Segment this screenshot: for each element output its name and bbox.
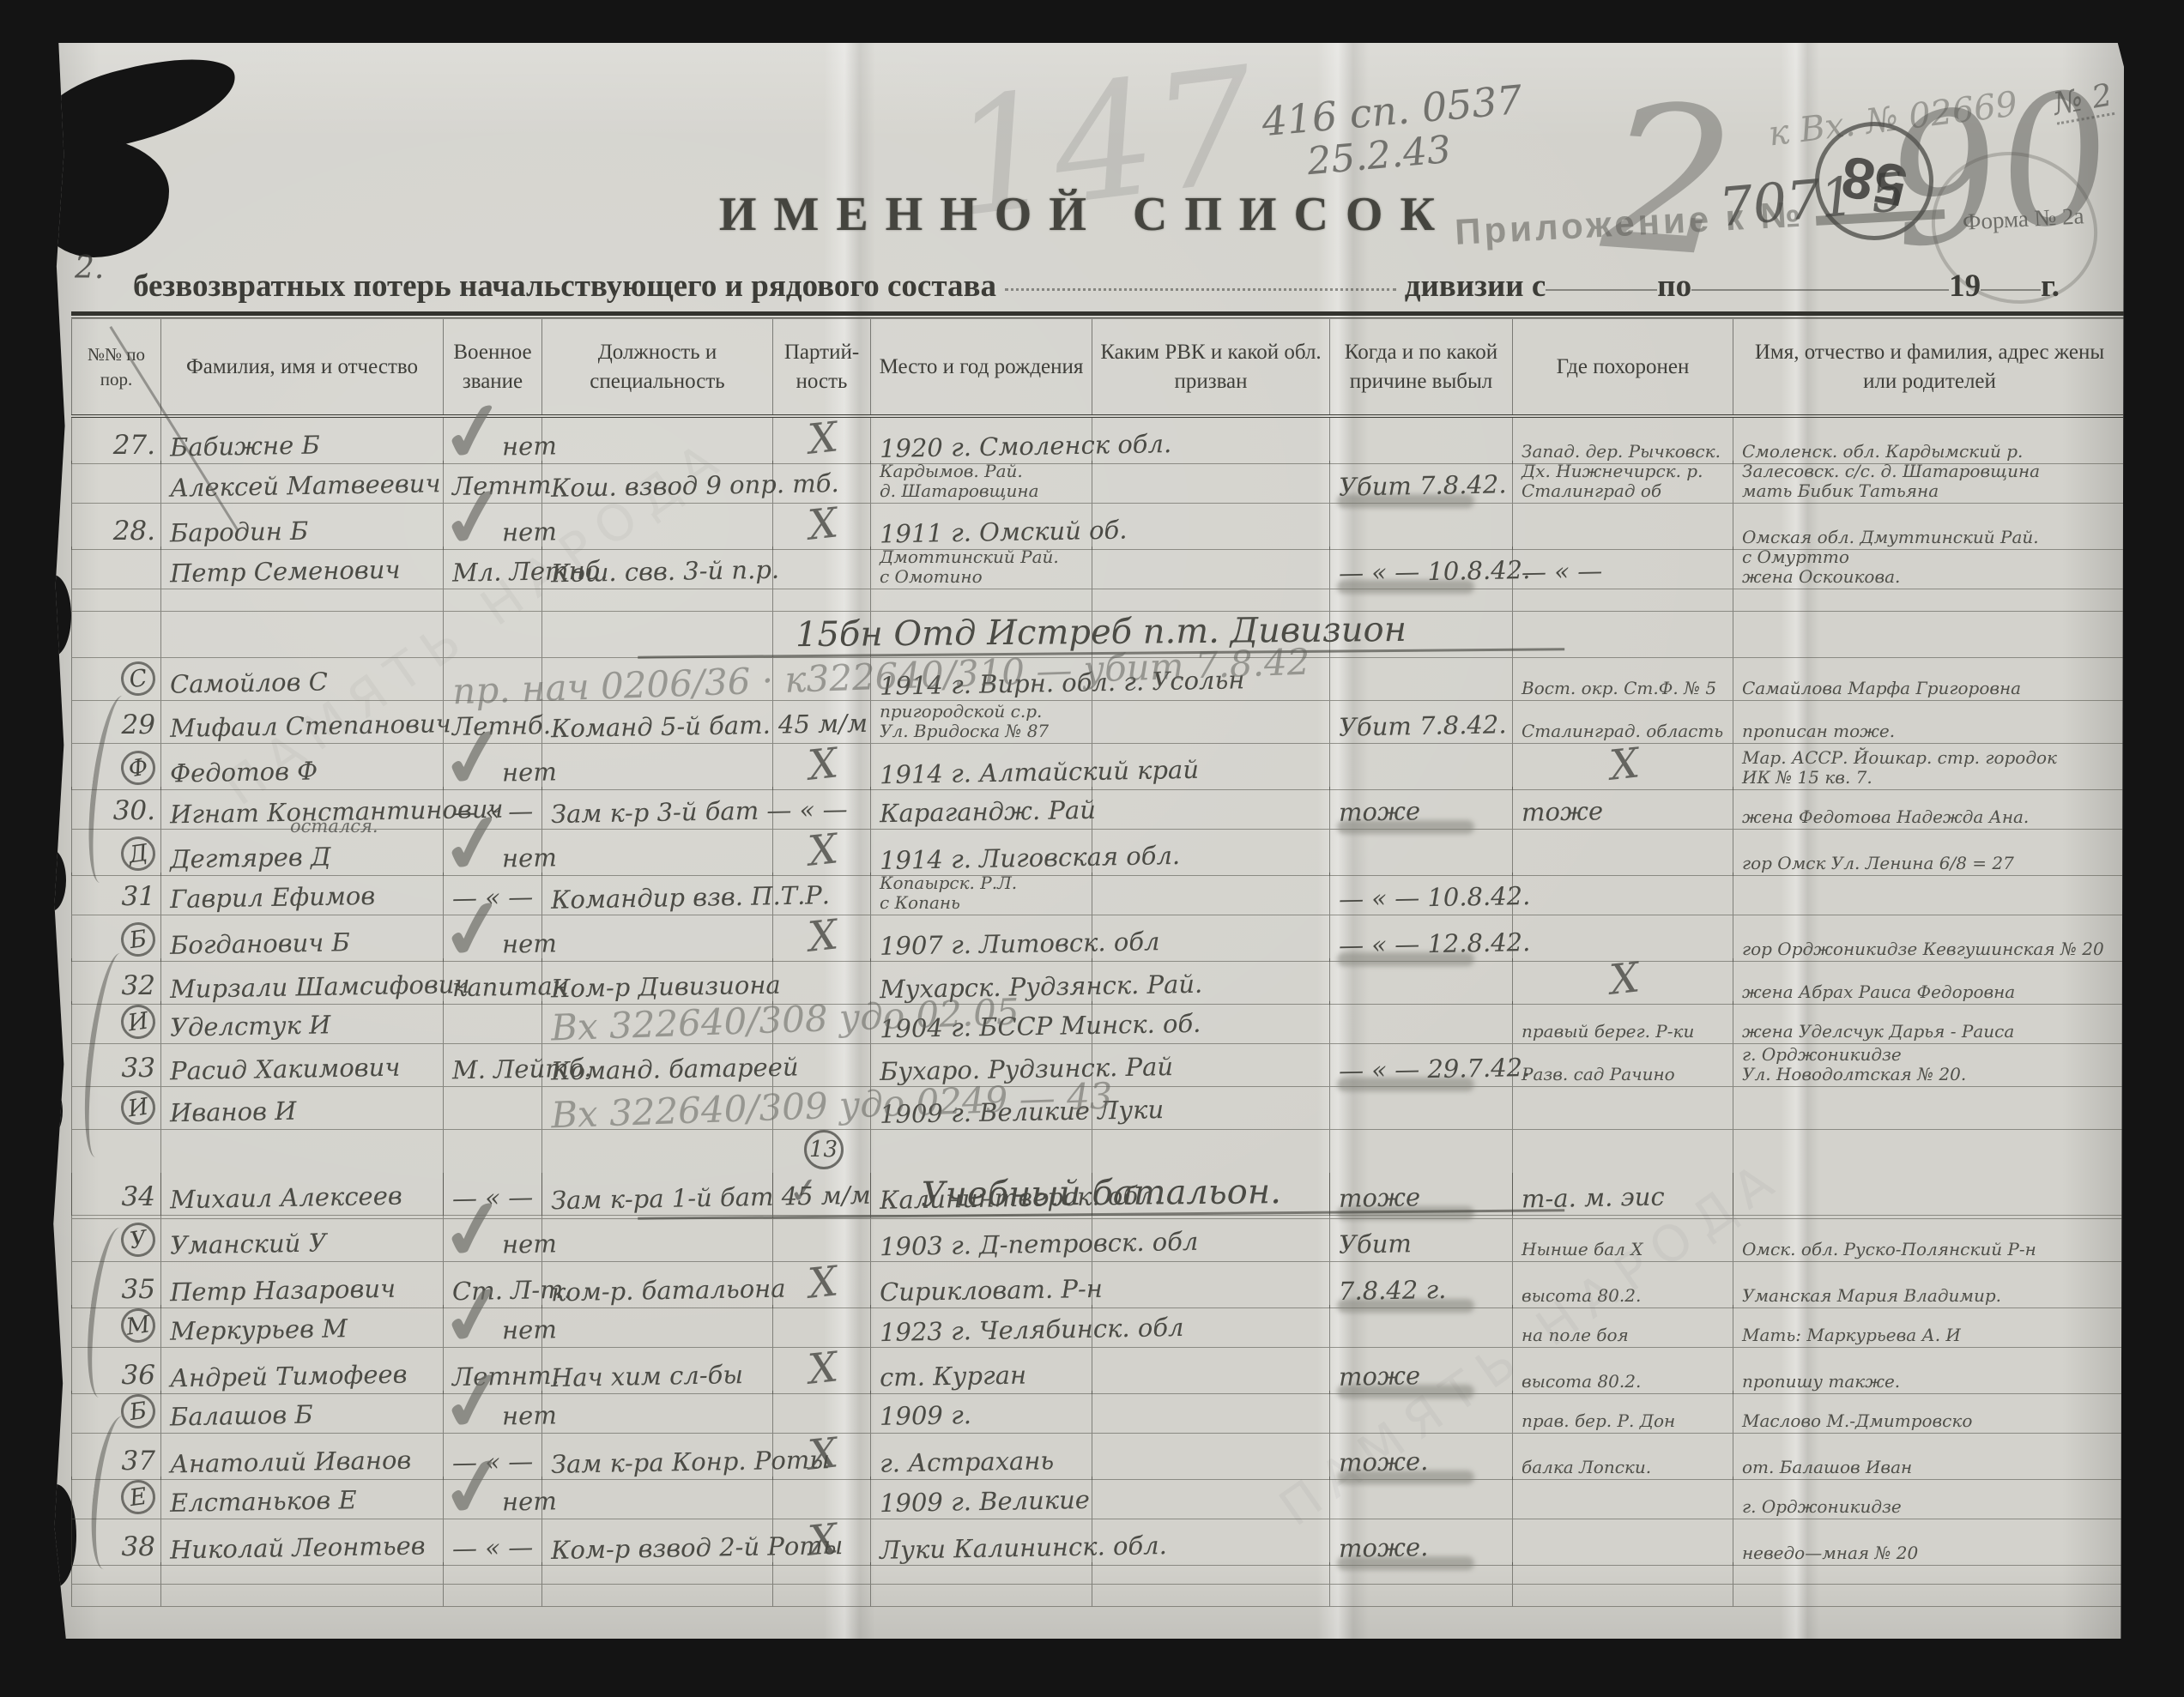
handwritten-text: Маслово М.-Дмитровско [1742,1411,1972,1430]
table-cell: ✓нет [444,830,542,876]
handwritten-text: Разв. сад Рачино [1522,1065,1675,1084]
x-mark: Х [807,1346,840,1390]
table-cell: Омск. обл. Руско-Полянский Р-н [1733,1219,2127,1262]
table-cell [444,1562,542,1585]
table-row: ММеркурьев М✓нет1923 г. Челябинск. облна… [71,1305,2127,1348]
table-cell [1330,744,1513,790]
table-cell: Балашов Б [161,1391,444,1434]
handwritten-text: Балашов Б [170,1400,313,1432]
table-cell [1330,830,1513,876]
heavy-rule [71,311,2128,318]
table-cell: ✓нет [444,1477,542,1519]
table-cell: 1909 г. Великие [871,1477,1092,1519]
table-cell: неведо—мная № 20 [1733,1519,2127,1566]
handwritten-text: Уманский У [170,1228,327,1259]
table-cell: Алексей Матвеевич [161,461,444,504]
blank-row [71,589,2127,612]
handwritten-text: 1911 г. Омский об. [880,515,1128,548]
handwritten-text: 1920 г. Смоленск обл. [880,429,1172,463]
handwritten-text: 7.8.42 г. [1339,1275,1447,1306]
column-header: Партий- ность [773,319,871,414]
table-row: 34Михаил Алексеев— « —Зам к-ра 1-й бат 4… [71,1130,2127,1173]
handwritten-text: ст. Курган [880,1361,1027,1392]
row-number: 27. [113,430,155,461]
table-cell [1330,418,1513,464]
handwritten-text: Богданович Б [170,927,350,960]
blank-row [71,1562,2127,1585]
table-cell: 1920 г. Смоленск обл. [871,418,1092,464]
handwritten-text: на поле боя [1522,1326,1629,1344]
table-cell: — « — 10.8.42. [1330,547,1513,589]
handwritten-text: Мать: Маркурьева А. И [1742,1326,1961,1344]
year-suffix: г. [2041,268,2060,305]
table-cell: Кош. взвод 9 опр. тб. [542,461,773,504]
handwritten-text: Уделстук И [170,1010,331,1042]
po-word: по [1657,268,1691,305]
table-cell: — « — 10.8.42. [1330,873,1513,915]
handwritten-text: Самойлов С [170,667,328,698]
table-cell [542,418,773,464]
handwritten-text: гор Орджоникидзе Кевгушинская № 20 [1742,939,2104,958]
table-cell: Маслово М.-Дмитровско [1733,1391,2127,1434]
handwritten-text: Меркурьев М [170,1314,348,1346]
handwritten-text: с Омуртто [1742,547,1849,566]
table-cell [542,1305,773,1348]
table-cell [1092,589,1330,612]
x-mark: Х [807,914,840,957]
x-mark: Х [807,828,840,872]
table-cell [1092,547,1330,589]
table-cell: гор Омск Ул. Ленина 6/8 = 27 [1733,830,2127,876]
handwritten-text: Карагандж. Рай [880,795,1096,828]
table-cell [71,461,161,504]
table-cell: Мать: Маркурьева А. И [1733,1305,2127,1348]
table-cell: ст. Курган [871,1348,1092,1394]
table-cell: Зам к-р 3-й бат — « — [542,787,773,830]
handwritten-text: тоже [1339,796,1421,827]
table-cell: Омская обл. Дмуттинский Рай. [1733,504,2127,550]
table-cell [1330,1087,1513,1130]
handwritten-text: Михаил Алексеев [170,1181,402,1215]
table-cell [542,1477,773,1519]
table-cell: Бабижне Б [161,418,444,464]
handwritten-text: Мар. АССР. Йошкар. стр. городок [1742,748,2057,767]
table-cell [542,1585,773,1607]
handwritten-text: 1909 г. Великие [880,1485,1090,1518]
handwritten-text: Ком-р взвод 2-й Роты [551,1531,844,1565]
column-header: Имя, отчество и фамилия, адрес жены или … [1733,319,2127,414]
handwritten-text: от. Балашов Иван [1742,1458,1912,1477]
handwritten-text: Кардымов. Рай. [880,462,1023,480]
table-cell: Запад. дер. Рычковск. [1513,418,1733,464]
handwritten-text: — « — 29.7.42. [1339,1053,1531,1085]
table-row: 36Андрей ТимофеевЛетнт.Нач хим сл-быХст.… [71,1348,2127,1391]
table-cell [1092,1391,1330,1434]
table-cell: Ком-р взвод 2-й Роты [542,1519,773,1566]
table-cell: Федотов Ф [161,744,444,790]
table-cell: Луки Калининск. обл. [871,1519,1092,1566]
table-row: Алексей МатвеевичЛетнтКош. взвод 9 опр. … [71,461,2127,504]
checkmark-icon: ✓ [435,719,512,800]
table-cell: Уманский У [161,1219,444,1262]
handwritten-text: Николай Леонтьев [170,1531,426,1564]
handwritten-text: Омская обл. Дмуттинский Рай. [1742,528,2039,547]
handwritten-text: Нач хим сл-бы [551,1360,744,1392]
table-row: ББогданович Б✓нетХ1907 г. Литовск. обл— … [71,915,2127,958]
table-cell: Николай Леонтьев [161,1519,444,1566]
handwritten-text: Федотов Ф [170,756,318,788]
year-prefix: 19 [1949,268,1981,305]
table-cell: ✓нет [444,1305,542,1348]
table-row: 32Мирзали ШамсифовичкапитанКом-р Дивизио… [71,958,2127,1001]
handwritten-text: — « — 12.8.42. [1339,927,1531,960]
table-cell: Андрей Тимофеев [161,1348,444,1394]
handwritten-text: Смоленск. обл. Кардымский р. [1742,442,2023,461]
handwritten-text: Ул. Новодолтская № 20. [1742,1065,1966,1084]
subtitle-row: безвозвратных потерь начальствующего и р… [133,268,2060,305]
handwritten-text: Омск. обл. Руско-Полянский Р-н [1742,1240,2036,1259]
row-number: 28. [113,516,155,547]
table-cell: Вост. окр. Ст.Ф. № 5 [1513,658,1733,701]
checkmark-icon: ✓ [435,1448,512,1530]
table-cell [1092,873,1330,915]
table-cell: М. Лейтб. [444,1044,542,1087]
table-cell [1733,1562,2127,1585]
table-cell: Х [773,418,871,464]
table-cell [1092,1262,1330,1308]
table-cell: ✓нет [444,744,542,790]
handwritten-text: жена Абрах Раиса Федоровна [1742,982,2015,1001]
table-cell: ✓нет [444,418,542,464]
table-cell: Бародин Б [161,504,444,550]
table-cell: Игнат Константинович [161,787,444,830]
table-cell: С [71,658,161,701]
table-cell: тоже [1513,787,1733,830]
table-cell [1330,504,1513,550]
handwritten-text: Убит [1339,1229,1412,1259]
table-row: 28.Бародин Б✓нетХ1911 г. Омский об.Омска… [71,504,2127,547]
table-row: ЕЕлстаньков Е✓нет1909 г. Великиег. Орджо… [71,1477,2127,1519]
table-row: 31Гаврил Ефимов— « —Командир взв. П.Т.Р.… [71,873,2127,915]
table-cell: — « — 29.7.42. [1330,1044,1513,1087]
handwritten-text: Елстаньков Е [170,1485,357,1518]
handwritten-text: Уманская Мария Владимир. [1742,1286,2001,1305]
page-title: ИМЕННОЙ СПИСОК [47,187,2124,242]
handwritten-text: Сирикловат. Р-н [880,1274,1103,1307]
handwritten-text: пригородской с.р. [880,702,1042,721]
table-cell [161,612,444,658]
handwritten-text: тоже. [1339,1532,1429,1563]
table-cell: г. ОрджоникидзеУл. Новодолтская № 20. [1733,1044,2127,1087]
table-cell: Убит [1330,1219,1513,1262]
table-cell [1092,1434,1330,1480]
table-cell: Сирикловат. Р-н [871,1262,1092,1308]
blank-row [71,1585,2127,1607]
handwritten-text: Нынше бал Х [1522,1240,1643,1259]
handwritten-text: Зам к-р 3-й бат — « — [551,794,848,829]
table-cell: правый берег. Р-ки [1513,1001,1733,1044]
handwritten-text: Кош. свв. 3-й п.р. [551,555,780,589]
table-cell: Копаырск. Р.Л.с Копань [871,873,1092,915]
table-cell [1092,1477,1330,1519]
table-cell: Петр Семенович [161,547,444,589]
handwritten-text: Ком-р Дивизиона [551,970,781,1004]
x-mark: Х [807,416,840,460]
table-cell: Убит 7.8.42. [1330,461,1513,504]
table-cell: 1914 г. Алтайский край [871,744,1092,790]
table-cell: Гаврил Ефимов [161,873,444,915]
table-cell [542,1219,773,1262]
table-row: 30.Игнат Константинович— « —Зам к-р 3-й … [71,787,2127,830]
table-cell: Дмоттинский Рай.с Омотино [871,547,1092,589]
table-cell: Командир взв. П.Т.Р. [542,873,773,915]
handwritten-text: Командир взв. П.Т.Р. [551,880,831,915]
handwritten-text: Иванов И [170,1096,297,1128]
table-cell [1513,873,1733,915]
table-cell [1513,1562,1733,1585]
table-cell [542,830,773,876]
table-row: ИУделстук И1904 г. БССР Минск. об.правый… [71,1001,2127,1044]
table-cell: Команд. батареей [542,1044,773,1087]
table-cell: Кош. свв. 3-й п.р. [542,547,773,589]
table-cell: Петр Назарович [161,1262,444,1308]
blank-line [1981,289,2041,291]
table-cell: пригородской с.р.Ул. Вридоска № 87 [871,701,1092,744]
table-cell [1513,1087,1733,1130]
table-cell: жена Абрах Раиса Федоровна [1733,958,2127,1005]
handwritten-text: Сталинград об [1522,481,1661,500]
table-cell: Мар. АССР. Йошкар. стр. городокИК № 15 к… [1733,744,2127,790]
handwritten-text: высота 80.2. [1522,1286,1641,1305]
table-row: ССамойлов С1914 г. Вирн. обл. г. УсольнВ… [71,658,2127,701]
x-mark: Х [1607,742,1641,786]
handwritten-text: 1923 г. Челябинск. обл [880,1313,1184,1347]
handwritten-text: 1914 г. Алтайский край [880,755,1200,789]
blank-line [1691,289,1949,291]
checkmark-icon: ✓ [435,393,512,474]
blank-line [1546,289,1657,291]
table-cell [773,589,871,612]
table-cell: тоже. [1330,1434,1513,1480]
handwritten-text: высота 80.2. [1522,1372,1641,1391]
handwritten-text: Гаврил Ефимов [170,881,376,914]
table-cell [1330,1001,1513,1044]
table-cell [1733,589,2127,612]
table-cell [444,1087,542,1130]
handwritten-text: Убит 7.8.42. [1339,469,1507,501]
row-letter-badge: И [118,1088,157,1126]
torn-edge [35,575,71,656]
handwritten-text: Вост. окр. Ст.Ф. № 5 [1522,679,1716,698]
table-cell: тоже [1330,1348,1513,1394]
handwritten-text: Мифаил Степанович [170,709,451,743]
handwritten-text: — « — 10.8.42. [1339,881,1531,914]
table-cell: жена Федотова Надежда Ана. [1733,787,2127,830]
table-cell [1330,658,1513,701]
handwritten-text: неведо—мная № 20 [1742,1543,1918,1562]
table-cell: Мифаил Степанович [161,701,444,744]
handwritten-text: Копаырск. Р.Л. [880,873,1017,892]
column-header: Фамилия, имя и отчество [161,319,444,414]
table-row: ББалашов Б✓нет1909 г.прав. бер. Р. ДонМа… [71,1391,2127,1434]
handwritten-text: пропишу также. [1742,1372,1900,1391]
handwritten-text: прописан тоже. [1742,722,1895,740]
big-pencil-scrawl: 90 [1873,52,2127,289]
table-cell: г. Орджоникидзе [1733,1477,2127,1519]
losses-table: №№ по пор. Фамилия, имя и отчество Военн… [71,318,2127,1607]
row-letter-badge: С [118,659,157,698]
table-cell [1092,1562,1330,1585]
table-cell: тоже [1330,787,1513,830]
table-cell: Х [773,915,871,962]
table-cell [1092,701,1330,744]
handwritten-text: 1909 г. [880,1400,971,1431]
table-cell [773,1585,871,1607]
table-cell [773,1305,871,1348]
table-cell: Дх. Нижнечирск. р.Сталинград об [1513,461,1733,504]
table-cell: 1914 г. Лиговская обл. [871,830,1092,876]
handwritten-text: Команд 5-й бат. 45 м/м [551,709,868,743]
table-cell [1330,1585,1513,1607]
table-cell: Уманская Мария Владимир. [1733,1262,2127,1308]
table-cell: Елстаньков Е [161,1477,444,1519]
x-mark: Х [807,1260,840,1304]
table-cell [871,1562,1092,1585]
table-row: Достался.Дегтярев Д✓нетХ1914 г. Лиговска… [71,830,2127,873]
handwritten-text: жена Уделсчук Дарья - Раиса [1742,1022,2014,1041]
margin-page-note: 2. [75,251,104,286]
table-cell [1513,1519,1733,1566]
table-cell: Карагандж. Рай [871,787,1092,830]
handwritten-text: мать Бибик Татьяна [1742,481,1939,500]
table-cell [1733,1087,2127,1130]
handwritten-text: Дмоттинский Рай. [880,547,1059,566]
table-cell: 1911 г. Омский об. [871,504,1092,550]
table-cell [773,1391,871,1434]
table-cell: прав. бер. Р. Дон [1513,1391,1733,1434]
checkmark-icon: ✓ [435,479,512,560]
table-cell: г. Астрахань [871,1434,1092,1480]
handwritten-text: Залесовск. с/с. д. Шатаровщина [1742,462,2040,480]
handwritten-text: Кош. взвод 9 опр. тб. [551,468,839,503]
handwritten-text: — « — [1522,556,1603,587]
table-cell: Х [773,744,871,790]
table-cell [871,589,1092,612]
table-cell: высота 80.2. [1513,1262,1733,1308]
table-cell: остался.Дегтярев Д [161,830,444,876]
table-cell [161,589,444,612]
table-cell [1513,504,1733,550]
handwritten-text: жена Оскоикова. [1742,567,1900,586]
torn-edge [35,1484,76,1587]
checkmark-icon: ✓ [435,1362,512,1444]
handwritten-text: Расид Хакимович [170,1053,401,1086]
table-cell: 27. [71,418,161,464]
table-cell: 1907 г. Литовск. обл [871,915,1092,962]
table-cell: на поле боя [1513,1305,1733,1348]
handwritten-text: Самайлова Марфа Григоровна [1742,679,2021,698]
table-cell [871,1585,1092,1607]
table-cell [1092,1348,1330,1394]
torn-edge [37,849,66,911]
x-mark: Х [1607,957,1641,1000]
table-cell: 7.8.42 г. [1330,1262,1513,1308]
dotted-leader [1005,288,1396,291]
table-row: 29Мифаил СтепановичЛетнб.Команд 5-й бат.… [71,701,2127,744]
handwritten-text: Петр Назарович [170,1274,396,1307]
table-cell [1513,1585,1733,1607]
handwritten-text: Анатолий Иванов [170,1446,412,1479]
table-row: 35Петр НазаровичСт. Л-т.ком-р. батальона… [71,1262,2127,1305]
handwritten-text: с Омотино [880,567,983,586]
table-row: 37Анатолий Иванов— « —Зам к-ра Конр. Рот… [71,1434,2127,1477]
table-cell: ком-р. батальона [542,1262,773,1308]
table-cell [1733,873,2127,915]
table-cell [444,612,542,658]
table-cell [542,744,773,790]
handwritten-text: Ул. Вридоска № 87 [880,722,1049,740]
table-cell: — « — 12.8.42. [1330,915,1513,962]
torn-edge [31,44,245,163]
row-number: 31 [122,881,155,912]
table-cell [1733,1585,2127,1607]
table-cell: 28. [71,504,161,550]
table-cell: Убит 7.8.42. [1330,701,1513,744]
handwritten-text: Бародин Б [170,516,309,548]
table-cell [542,504,773,550]
column-header: Когда и по какой причине выбыл [1330,319,1513,414]
table-cell: ✓нет [444,504,542,550]
checkmark-icon: ✓ [435,1277,512,1358]
table-cell: Х [773,1348,871,1394]
table-cell [444,1585,542,1607]
handwritten-text: г. Астрахань [880,1446,1055,1478]
table-row: ИИванов И1909 г. Великие ЛукиВх 322640/3… [71,1087,2127,1130]
table-cell [1092,504,1330,550]
column-header: Каким РВК и какой обл. призван [1092,319,1330,414]
handwritten-text: Дегтярев Д [170,842,331,873]
table-cell: Нынше бал Х [1513,1219,1733,1262]
table-cell: Смоленск. обл. Кардымский р. [1733,418,2127,464]
checkmark-icon: ✓ [435,891,512,972]
handwritten-text: д. Шатаровщина [880,481,1039,500]
handwritten-text: Бабижне Б [170,430,320,462]
handwritten-text: 1914 г. Лиговская обл. [880,841,1181,875]
document-page: ПАМЯТЬ НАРОДА ПАМЯТЬ НАРОДА 2. 147 416 с… [47,43,2124,1639]
table-cell: Залесовск. с/с. д. Шатаровщинамать Бибик… [1733,461,2127,504]
table-cell [71,1585,161,1607]
table-cell: Х [773,1262,871,1308]
table-cell: Иванов И [161,1087,444,1130]
section-heading: Учебный батальон. [638,1169,1564,1219]
table-cell [71,1173,161,1219]
table-cell: Зам к-ра Конр. Роты [542,1434,773,1480]
table-cell: Х [773,504,871,550]
table-cell: Х [1513,958,1733,1005]
table-cell: 1923 г. Челябинск. обл [871,1305,1092,1348]
handwritten-text: тоже [1339,1361,1421,1392]
table-row: 27.Бабижне Б✓нетХ1920 г. Смоленск обл.За… [71,418,2127,461]
handwritten-text: Петр Семенович [170,555,401,589]
table-cell: прописан тоже. [1733,701,2127,744]
table-cell [444,1001,542,1044]
x-mark: Х [807,742,840,786]
x-mark: Х [807,502,840,546]
table-row: ФФедотов Ф✓нетХ1914 г. Алтайский крайХМа… [71,744,2127,787]
circled-number: 13 [804,1130,844,1169]
table-cell: Уделстук И [161,1001,444,1044]
handwritten-text: Луки Калининск. обл. [880,1531,1167,1565]
